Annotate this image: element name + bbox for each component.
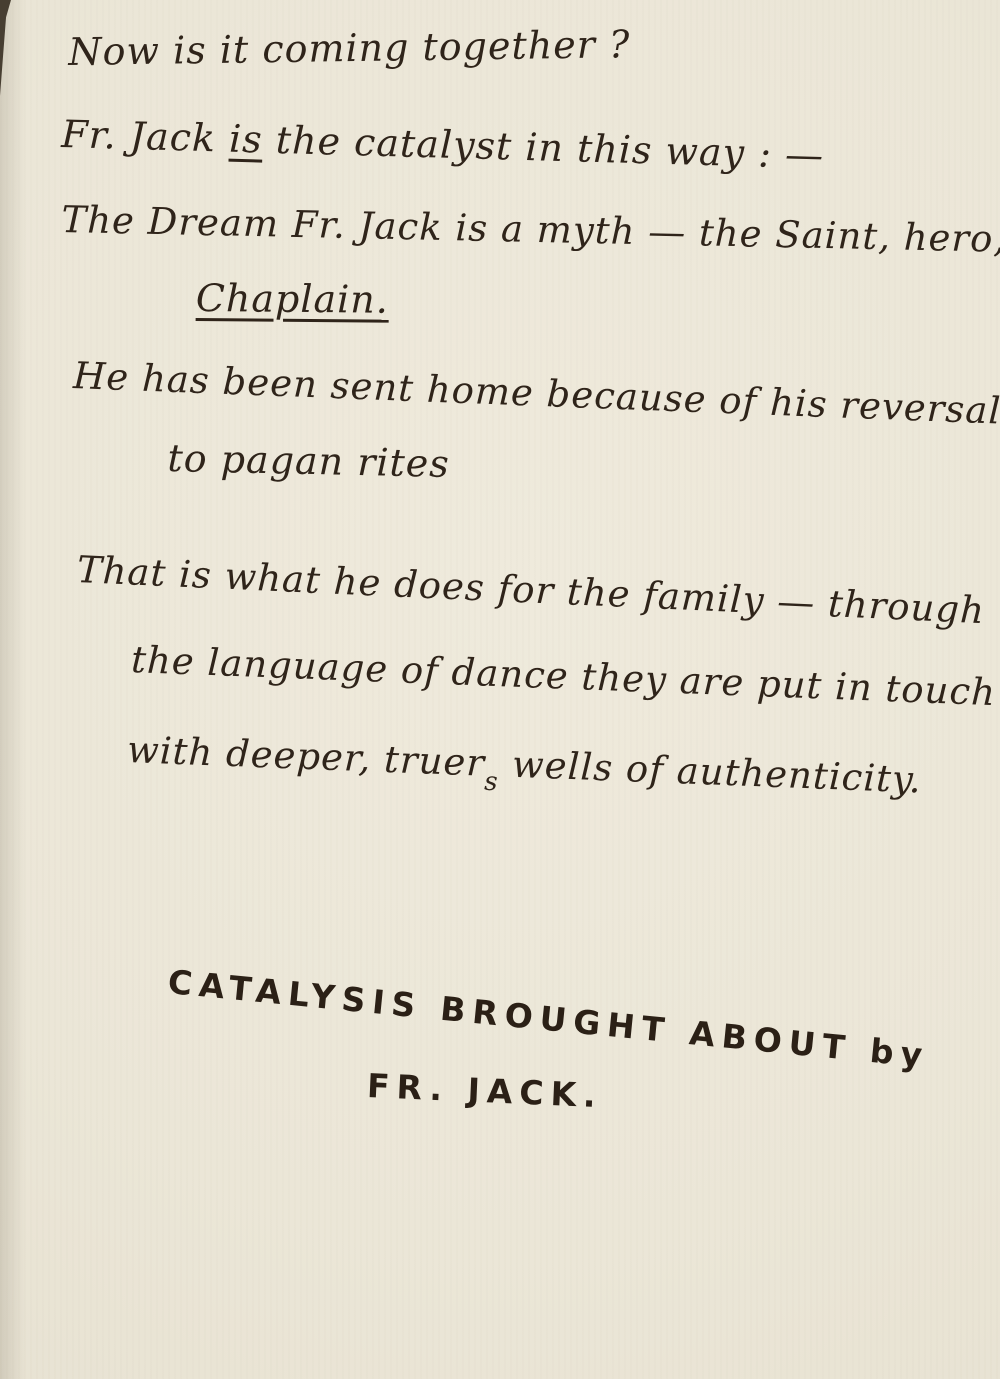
line-text: Now is it coming together ? bbox=[68, 22, 631, 74]
underlined-word: Chaplain. bbox=[196, 276, 389, 322]
handwritten-caps-signature: FR. JACK. bbox=[366, 1066, 603, 1115]
line-text: with deeper, truer bbox=[126, 728, 486, 785]
line-text: the catalyst in this way : — bbox=[262, 118, 825, 178]
handwritten-line-9: with deeper, truers wells of authenticit… bbox=[126, 728, 922, 801]
line-text: wells of authenticity. bbox=[499, 742, 923, 801]
line-text: The Dream Fr. Jack is a myth — the Saint… bbox=[61, 198, 1000, 261]
handwritten-line-2: Fr. Jack is the catalyst in this way : — bbox=[61, 112, 825, 177]
inserted-letter: s bbox=[484, 767, 499, 798]
scan-corner-mark bbox=[0, 0, 11, 96]
line-text: CATALYSIS BROUGHT ABOUT by bbox=[166, 962, 931, 1075]
handwritten-line-4: Chaplain. bbox=[196, 276, 389, 322]
underlined-word: is bbox=[229, 117, 264, 162]
page-left-edge-shadow bbox=[0, 0, 26, 1379]
handwritten-line-6: to pagan rites bbox=[167, 436, 450, 486]
line-text: He has been sent home because of his rev… bbox=[72, 354, 1000, 433]
handwritten-line-8: the language of dance they are put in to… bbox=[130, 638, 996, 714]
manuscript-page: Now is it coming together ? Fr. Jack is … bbox=[0, 0, 1000, 1379]
handwritten-line-1: Now is it coming together ? bbox=[68, 22, 631, 74]
line-text: Fr. Jack bbox=[61, 112, 230, 161]
handwritten-line-7: That is what he does for the family — th… bbox=[76, 548, 986, 632]
handwritten-caps-line: CATALYSIS BROUGHT ABOUT by bbox=[166, 962, 931, 1075]
line-text: the language of dance they are put in to… bbox=[130, 638, 996, 714]
handwritten-line-3: The Dream Fr. Jack is a myth — the Saint… bbox=[61, 198, 1000, 261]
handwritten-line-5: He has been sent home because of his rev… bbox=[72, 354, 1000, 433]
line-text: to pagan rites bbox=[167, 436, 450, 486]
line-text: That is what he does for the family — th… bbox=[76, 548, 986, 632]
line-text: FR. JACK. bbox=[366, 1066, 603, 1115]
